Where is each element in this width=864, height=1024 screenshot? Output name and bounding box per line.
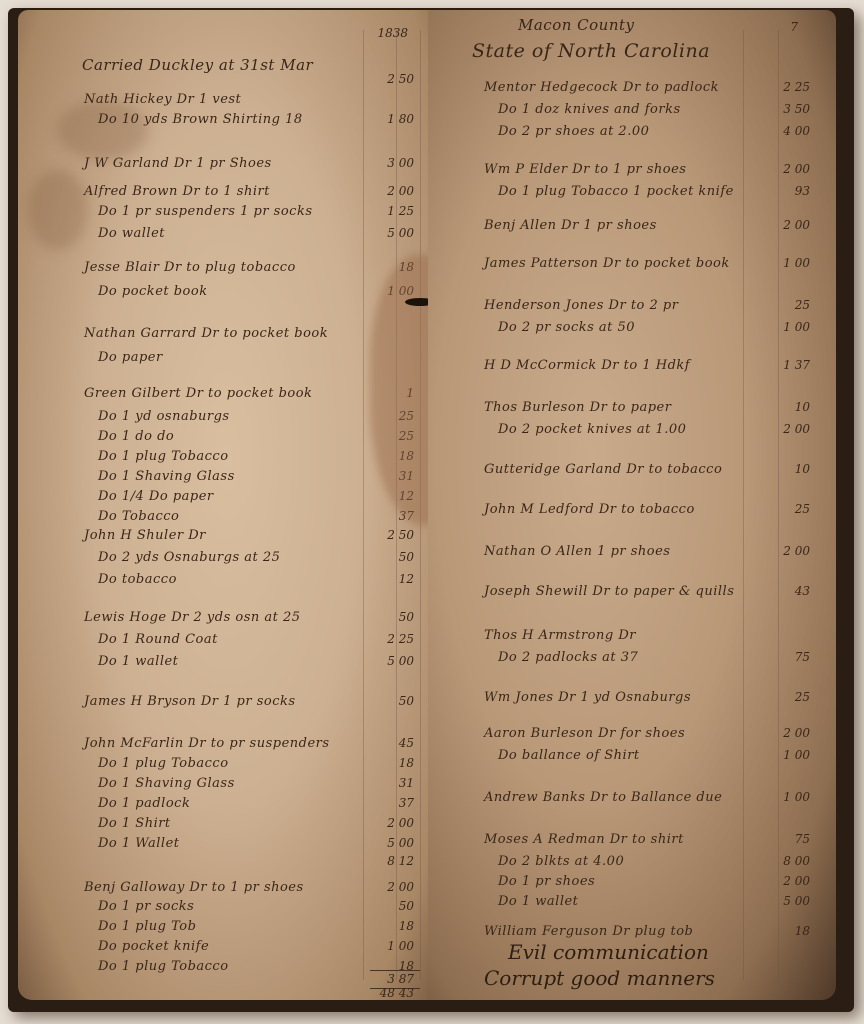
ledger-entry-text: Do 1 pr suspenders 1 pr socks <box>98 204 313 219</box>
ledger-entry-text: John M Ledford Dr to tobacco <box>484 502 695 517</box>
ledger-entry-amount: 2 00 <box>754 726 810 740</box>
ledger-entry-text: Aaron Burleson Dr for shoes <box>484 726 685 741</box>
ledger-entry-text: Do 1 plug Tobacco <box>98 756 229 771</box>
ledger-entry-amount: 2 00 <box>358 184 414 198</box>
ledger-entry-text: Do 1 Shirt <box>98 816 171 831</box>
ledger-entry-amount: 93 <box>754 184 810 198</box>
ledger-entry-text: Thos H Armstrong Dr <box>484 628 636 643</box>
ledger-entry-text: Lewis Hoge Dr 2 yds osn at 25 <box>84 610 301 625</box>
ledger-entry-amount: 10 <box>754 462 810 476</box>
ledger-entry-text: Do tobacco <box>98 572 177 587</box>
year-label: 1838 <box>368 26 408 40</box>
ledger-entry-amount: 50 <box>358 899 414 913</box>
ledger-entry-text: Do 1/4 Do paper <box>98 489 214 504</box>
ledger-entry-amount: 8 00 <box>754 854 810 868</box>
ledger-entry-amount: 1 00 <box>754 748 810 762</box>
ledger-entry-amount: 1 00 <box>754 320 810 334</box>
ledger-entry-text: Nath Hickey Dr 1 vest <box>84 92 241 107</box>
ledger-entry-amount: 50 <box>358 550 414 564</box>
ledger-entry-text: Do 10 yds Brown Shirting 18 <box>98 112 303 127</box>
ledger-entry-text: Do 1 plug Tobacco <box>98 959 229 974</box>
ledger-entry-text: Do 2 yds Osnaburgs at 25 <box>98 550 280 565</box>
county-line: Macon County <box>518 16 635 34</box>
sum-rule <box>370 970 420 971</box>
ledger-entry-text: Do 1 wallet <box>98 654 178 669</box>
ledger-entry-amount: 18 <box>754 924 810 938</box>
ledger-entry-amount: 1 80 <box>358 112 414 126</box>
ledger-entry-text: Do 2 pr socks at 50 <box>498 320 635 335</box>
ledger-entry-text: Do 1 yd osnaburgs <box>98 409 230 424</box>
ledger-entry-amount: 25 <box>754 298 810 312</box>
ledger-entry-text: Benj Allen Dr 1 pr shoes <box>484 218 657 233</box>
subtotal: 3 87 <box>358 972 414 986</box>
motto-line-2: Corrupt good manners <box>484 966 715 990</box>
ledger-entry-text: Do pocket knife <box>98 939 209 954</box>
ledger-entry-amount: 1 25 <box>358 204 414 218</box>
ledger-entry-text: Do 1 doz knives and forks <box>498 102 681 117</box>
ledger-entry-amount: 4 00 <box>754 124 810 138</box>
ledger-entry-text: Do ballance of Shirt <box>498 748 640 763</box>
ledger-entry-text: Do 1 Round Coat <box>98 632 218 647</box>
ledger-entry-amount: 10 <box>754 400 810 414</box>
ledger-entry-amount: 2 00 <box>754 162 810 176</box>
total: 48 43 <box>358 986 414 1000</box>
ledger-entry-amount: 75 <box>754 832 810 846</box>
water-stain <box>58 100 148 160</box>
ledger-entry-text: Wm Jones Dr 1 yd Osnaburgs <box>484 690 691 705</box>
ledger-entry-text: John H Shuler Dr <box>84 528 206 543</box>
ledger-entry-amount: 5 00 <box>358 654 414 668</box>
ledger-entry-text: Green Gilbert Dr to pocket book <box>84 386 312 401</box>
ledger-entry-amount: 31 <box>358 776 414 790</box>
ledger-entry-amount: 50 <box>358 610 414 624</box>
ledger-entry-text: Do 2 pr shoes at 2.00 <box>498 124 649 139</box>
header-amount: 2 50 <box>358 72 414 86</box>
ledger-entry-text: Do Tobacco <box>98 509 179 524</box>
ledger-entry-text: Do 2 padlocks at 37 <box>498 650 638 665</box>
ledger-entry-amount: 2 25 <box>358 632 414 646</box>
ledger-entry-amount: 2 00 <box>754 422 810 436</box>
ledger-entry-text: Thos Burleson Dr to paper <box>484 400 671 415</box>
ledger-entry-amount: 12 <box>358 572 414 586</box>
ledger-entry-text: Joseph Shewill Dr to paper & quills <box>484 584 734 599</box>
ledger-entry-text: Do 1 Shaving Glass <box>98 776 235 791</box>
ledger-entry-amount: 37 <box>358 796 414 810</box>
ledger-entry-text: Andrew Banks Dr to Ballance due <box>484 790 722 805</box>
column-rule <box>743 30 744 980</box>
ledger-entry-amount: 18 <box>358 756 414 770</box>
ledger-entry-amount: 18 <box>358 919 414 933</box>
ledger-entry-text: Do paper <box>98 350 163 365</box>
ledger-entry-text: Do 1 pr shoes <box>498 874 595 889</box>
page-header: Carried Duckley at 31st Mar <box>82 56 313 74</box>
ledger-entry-text: Do 1 plug Tobacco <box>98 449 229 464</box>
ledger-entry-text: Do 2 blkts at 4.00 <box>498 854 624 869</box>
ledger-entry-text: Henderson Jones Dr to 2 pr <box>484 298 678 313</box>
ledger-entry-amount: 25 <box>754 502 810 516</box>
ledger-entry-amount: 75 <box>754 650 810 664</box>
ledger-entry-text: J W Garland Dr 1 pr Shoes <box>84 156 272 171</box>
ledger-entry-text: William Ferguson Dr plug tob <box>484 924 693 939</box>
ledger-entry-amount: 1 00 <box>754 256 810 270</box>
ledger-entry-text: Mentor Hedgecock Dr to padlock <box>484 80 719 95</box>
ledger-entry-amount: 2 00 <box>358 880 414 894</box>
ledger-entry-amount: 5 00 <box>358 226 414 240</box>
ledger-entry-amount: 2 00 <box>754 218 810 232</box>
ledger-entry-amount: 8 12 <box>358 854 414 868</box>
ledger-entry-amount: 50 <box>358 694 414 708</box>
ledger-entry-amount: 5 00 <box>358 836 414 850</box>
ledger-entry-text: Do 1 plug Tob <box>98 919 196 934</box>
ledger-entry-amount: 5 00 <box>754 894 810 908</box>
ledger-entry-amount: 25 <box>754 690 810 704</box>
ledger-entry-text: Do 1 pr socks <box>98 899 194 914</box>
ledger-entry-text: Do 1 Shaving Glass <box>98 469 235 484</box>
ledger-entry-text: Do 1 wallet <box>498 894 578 909</box>
ledger-entry-text: Moses A Redman Dr to shirt <box>484 832 684 847</box>
state-line: State of North Carolina <box>472 40 710 62</box>
ledger-entry-amount: 1 37 <box>754 358 810 372</box>
ledger-entry-amount: 45 <box>358 736 414 750</box>
ledger-entry-text: Do 1 plug Tobacco 1 pocket knife <box>498 184 734 199</box>
ledger-entry-amount: 2 25 <box>754 80 810 94</box>
ledger-entry-text: Alfred Brown Dr to 1 shirt <box>84 184 270 199</box>
ledger-entry-text: Do wallet <box>98 226 165 241</box>
ledger-entry-amount: 43 <box>754 584 810 598</box>
ledger-entry-text: James H Bryson Dr 1 pr socks <box>84 694 296 709</box>
ledger-entry-text: Do 2 pocket knives at 1.00 <box>498 422 686 437</box>
ledger-entry-amount: 2 00 <box>358 816 414 830</box>
ledger-entry-amount: 2 00 <box>754 544 810 558</box>
ledger-entry-text: James Patterson Dr to pocket book <box>484 256 730 271</box>
water-stain <box>28 170 88 250</box>
right-page: Macon County State of North Carolina 7 M… <box>428 10 836 1000</box>
ledger-entry-amount: 3 50 <box>754 102 810 116</box>
ledger-entry-amount: 2 50 <box>358 528 414 542</box>
motto-line-1: Evil communication <box>508 940 709 964</box>
ledger-entry-text: Do pocket book <box>98 284 208 299</box>
ledger-entry-amount: 2 00 <box>754 874 810 888</box>
ledger-entry-text: Wm P Elder Dr to 1 pr shoes <box>484 162 686 177</box>
page-number: 7 <box>768 20 798 34</box>
left-page: 1838 Carried Duckley at 31st Mar 2 50 Na… <box>18 10 438 1000</box>
ledger-entry-amount: 1 00 <box>754 790 810 804</box>
ledger-entry-amount: 1 00 <box>358 939 414 953</box>
ledger-entry-text: Do 1 do do <box>98 429 174 444</box>
ledger-entry-text: Benj Galloway Dr to 1 pr shoes <box>84 880 304 895</box>
ledger-entry-amount: 3 00 <box>358 156 414 170</box>
ledger-entry-text: Do 1 padlock <box>98 796 190 811</box>
ledger-entry-text: H D McCormick Dr to 1 Hdkf <box>484 358 690 373</box>
ledger-entry-text: John McFarlin Dr to pr suspenders <box>84 736 330 751</box>
ledger-entry-text: Do 1 Wallet <box>98 836 180 851</box>
ledger-entry-text: Nathan Garrard Dr to pocket book <box>84 326 328 341</box>
ledger-entry-text: Gutteridge Garland Dr to tobacco <box>484 462 722 477</box>
ledger-entry-text: Jesse Blair Dr to plug tobacco <box>84 260 296 275</box>
ledger-entry-text: Nathan O Allen 1 pr shoes <box>484 544 670 559</box>
